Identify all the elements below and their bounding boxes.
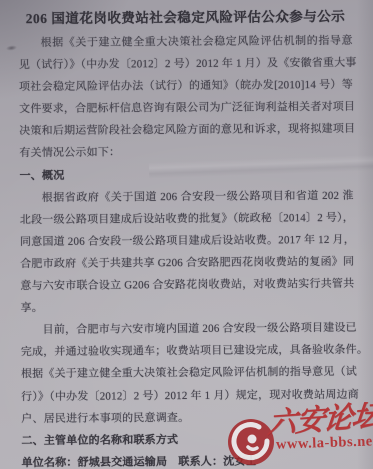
document-line: 根据省政府《关于国道 206 合安段一级公路项目和省道 202 淮	[20, 184, 354, 208]
document-line: 根据《关于建立健全重大决策社会稳定风险评估机制的指导意	[19, 30, 353, 54]
document-title: 206 国道花岗收费站社会稳定风险评估公众参与公示	[18, 6, 352, 30]
document-line: 文件要求，合肥标杆信息咨询有限公司为广泛征询利益相关者对项目	[19, 96, 353, 120]
document-line: 完成，并通过验收实现通车；收费站项目已建设完成，具备验收条件。	[21, 339, 355, 363]
document-line: 目前，合肥市与六安市境内国道 206 合安段一级公路项目建设已	[21, 317, 355, 341]
document-line: 有关情况公示如下：	[19, 140, 353, 164]
document-line: 见（试行）》（中办发〔2012〕2 号）2012 年 1 月）及《安徽省重大事	[19, 52, 353, 76]
document-line: 项社会稳定风险评估办法（试行）的通知》（皖办发[2010]14 号）等	[19, 74, 353, 98]
document-line: 北段一级公路项目建成后设站收费的批复》（皖政秘〔2014〕2 号），	[20, 207, 354, 231]
document-line: 行）》（中办发〔2012〕2 号）2012 年 1 月）规定，现对收费站周边商	[21, 383, 355, 407]
contact-line: 单位名称：舒城县交通运输局 联系人：沈女士	[22, 450, 356, 469]
document-line: 意与六安市联合设立 G206 合安路花岗收费站，对收费站实行共管共	[20, 273, 354, 297]
notice-document: 206 国道花岗收费站社会稳定风险评估公众参与公示 根据《关于建立健全重大决策社…	[0, 0, 373, 469]
section-heading-contact: 二、主管单位的名称和联系方式	[21, 428, 355, 452]
document-line: 决策和后期运营阶段社会稳定风险方面的意见和诉求，现将拟建项目	[19, 118, 353, 142]
document-line: 同意国道 206 合安段一级公路项目建成后设站收费。2017 年 12 月，	[20, 229, 354, 253]
document-line: 合肥市政府《关于共建共享 G206 合安路肥西花岗收费站的复函》同	[20, 251, 354, 275]
document-line: 享。	[20, 295, 354, 319]
section-heading-overview: 一、概况	[19, 162, 353, 186]
document-line: 根据《关于建立健全重大决策社会稳定风险评估机制的指导意见（试	[21, 361, 355, 385]
document-line: 户、居民进行本事项的民意调查。	[21, 405, 355, 429]
